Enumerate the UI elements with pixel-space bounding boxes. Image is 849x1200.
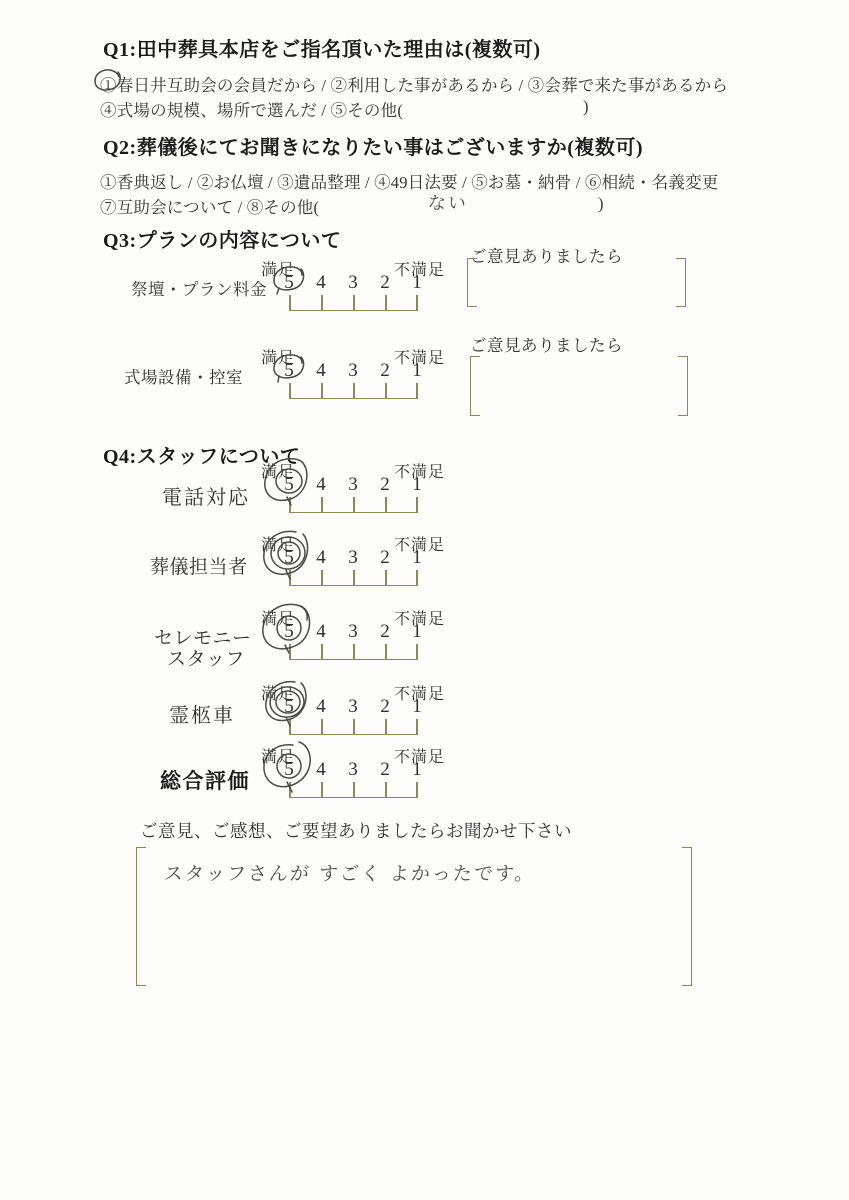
q3-row2-comment-box <box>470 356 688 416</box>
scale-line <box>289 383 418 399</box>
scale-number-3: 3 <box>343 696 363 718</box>
q1-heading: Q1:田中葬具本店をご指名頂いた理由は(複数可) <box>103 33 541 62</box>
scale-number-1: 1 <box>407 474 427 496</box>
footer-comment-prompt: ご意見、ご感想、ご要望ありましたらお聞かせ下さい <box>140 818 572 843</box>
q4-row5-label: 総合評価 <box>160 765 250 795</box>
q2-handwritten-answer: ない <box>427 189 469 215</box>
q4-row3-rating-scale: 満足 不満足 5 4 3 2 1 <box>261 606 471 668</box>
scale-number-2: 2 <box>375 759 395 781</box>
q3-row2-label: 式場設備・控室 <box>124 364 243 388</box>
scale-number-1: 1 <box>407 272 427 294</box>
q4-row3-label-line2: スタッフ <box>167 644 245 671</box>
q1-close-paren: ) <box>583 97 589 117</box>
q4-row4-rating-scale: 満足 不満足 5 4 3 2 1 <box>261 681 471 743</box>
handwritten-heavy-circle-on-5 <box>257 524 321 582</box>
scale-number-1: 1 <box>407 696 427 718</box>
scale-number-1: 1 <box>407 759 427 781</box>
handwritten-heavy-circle-on-5 <box>257 736 321 794</box>
q2-close-paren: ) <box>598 194 604 214</box>
scale-number-2: 2 <box>375 696 395 718</box>
scale-number-2: 2 <box>375 547 395 569</box>
q3-heading: Q3:プランの内容について <box>103 224 341 253</box>
q4-row1-rating-scale: 満足 不満足 5 4 3 2 1 <box>261 459 471 521</box>
scale-number-3: 3 <box>343 621 363 643</box>
q4-row1-label: 電話対応 <box>162 481 250 510</box>
footer-handwritten-comment: スタッフさんが すごく よかったです。 <box>163 859 536 886</box>
footer-comment-box: スタッフさんが すごく よかったです。 <box>136 847 692 986</box>
q4-row5-rating-scale: 満足 不満足 5 4 3 2 1 <box>261 744 471 806</box>
q3-row1-label: 祭壇・プラン料金 <box>131 276 267 300</box>
scale-number-1: 1 <box>407 547 427 569</box>
scale-number-4: 4 <box>311 272 331 294</box>
q3-row1-comment-box <box>467 258 686 307</box>
handwritten-heavy-circle-on-5 <box>257 673 321 731</box>
scale-number-3: 3 <box>343 360 363 382</box>
q1-options-line2: ④式場の規模、場所で選んだ / ⑤その他( <box>100 97 403 121</box>
handwritten-heavy-circle-on-5 <box>257 598 321 656</box>
scale-number-2: 2 <box>375 272 395 294</box>
q1-options-line1: ①春日井互助会の会員だから / ②利用した事があるから / ③会葬で来た事がある… <box>100 72 728 96</box>
q3-row1-rating-scale: 満足 不満足 5 4 3 2 1 <box>261 257 471 319</box>
scale-number-1: 1 <box>407 621 427 643</box>
q2-heading: Q2:葬儀後にてお聞きになりたい事はございますか(複数可) <box>103 131 643 160</box>
scale-number-3: 3 <box>343 474 363 496</box>
handwritten-circle-on-5 <box>269 263 309 296</box>
q1-option1-handwritten-circle <box>92 67 124 95</box>
q2-options-line2: ⑦互助会について / ⑧その他( <box>100 194 319 218</box>
handwritten-circle-on-5 <box>269 351 309 384</box>
scale-line <box>289 295 418 311</box>
q3-row2-comment-label: ご意見ありましたら <box>470 332 623 356</box>
q4-row2-rating-scale: 満足 不満足 5 4 3 2 1 <box>261 532 471 594</box>
q3-row2-rating-scale: 満足 不満足 5 4 3 2 1 <box>261 345 471 407</box>
scale-number-2: 2 <box>375 621 395 643</box>
scanned-survey-form: Q1:田中葬具本店をご指名頂いた理由は(複数可) ①春日井互助会の会員だから /… <box>0 0 849 1200</box>
scale-number-2: 2 <box>375 360 395 382</box>
scale-number-2: 2 <box>375 474 395 496</box>
scale-number-1: 1 <box>407 360 427 382</box>
scale-number-4: 4 <box>311 360 331 382</box>
q4-row4-label: 霊柩車 <box>169 699 235 728</box>
scale-number-3: 3 <box>343 759 363 781</box>
scale-number-3: 3 <box>343 547 363 569</box>
scale-number-3: 3 <box>343 272 363 294</box>
q4-row2-label: 葬儀担当者 <box>150 552 248 579</box>
handwritten-heavy-circle-on-5 <box>257 451 321 509</box>
q2-options-line1: ①香典返し / ②お仏壇 / ③遺品整理 / ④49日法要 / ⑤お墓・納骨 /… <box>100 169 718 193</box>
